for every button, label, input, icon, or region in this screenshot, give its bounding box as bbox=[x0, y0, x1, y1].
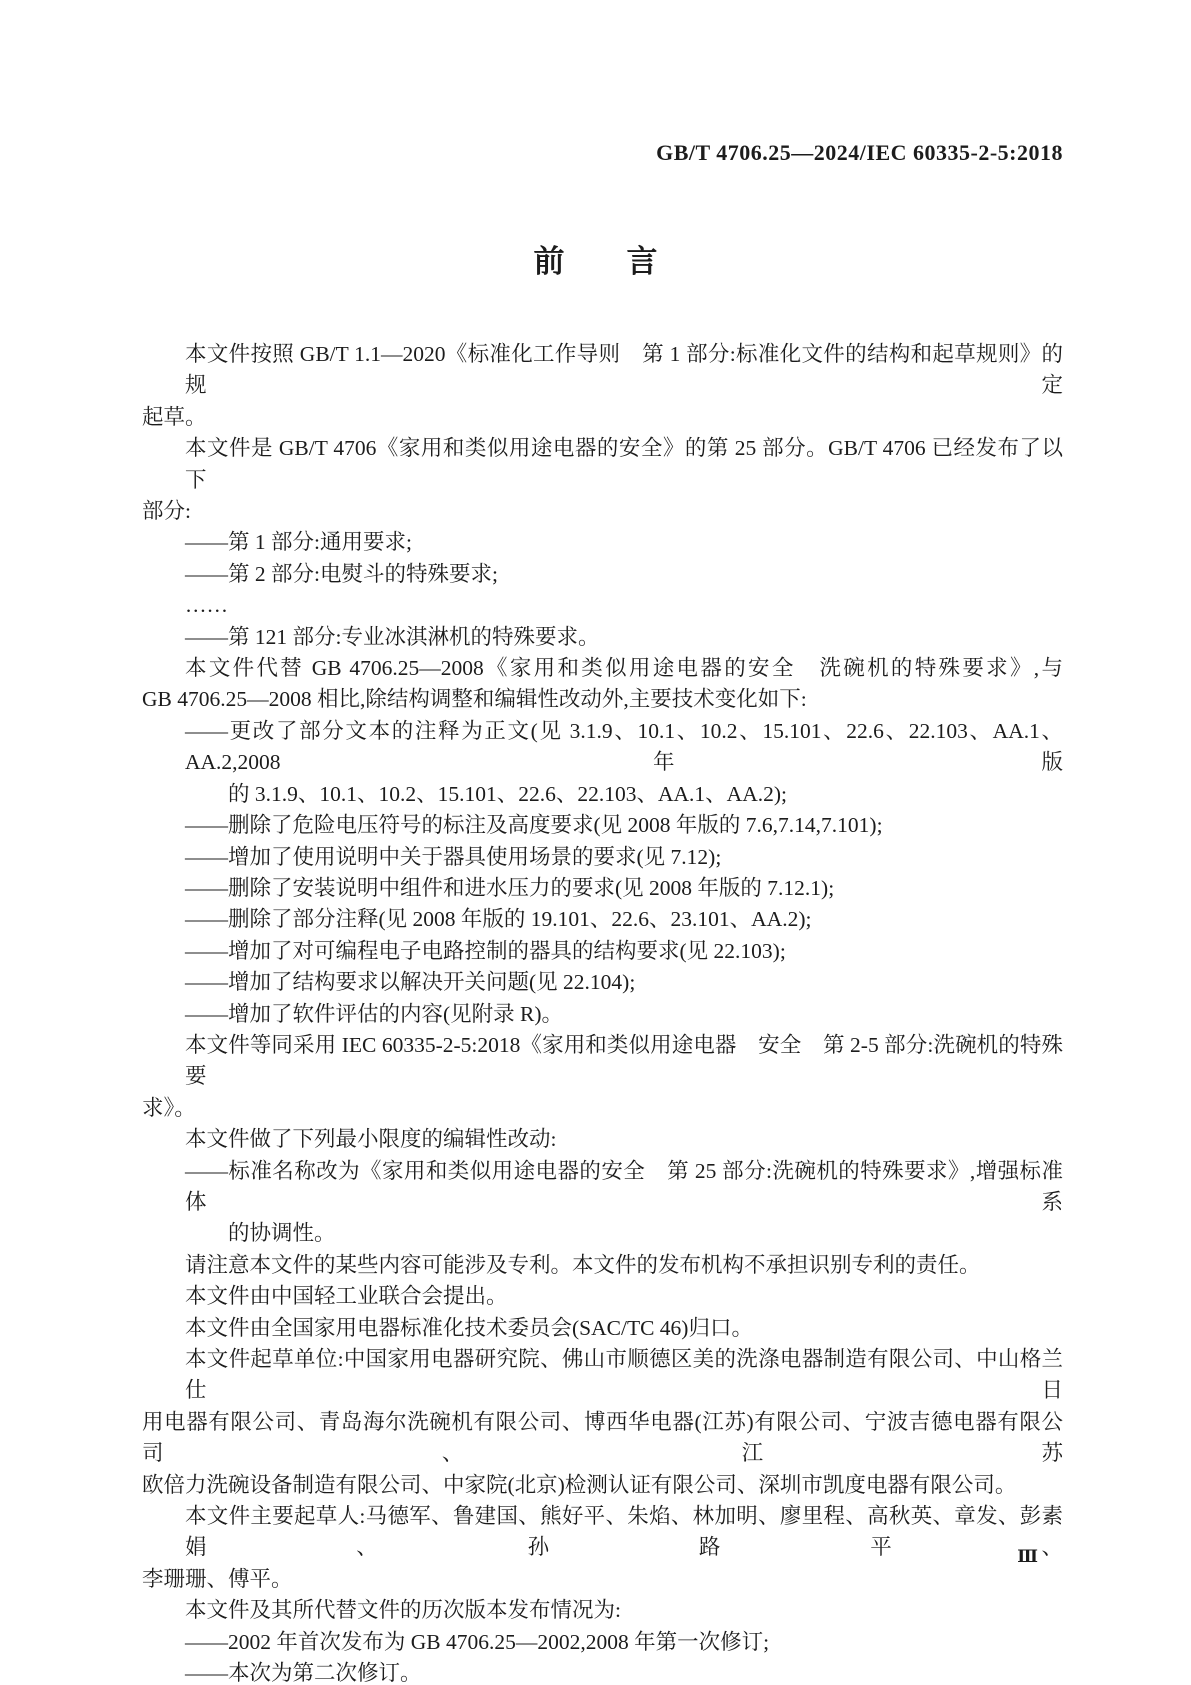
text-line: ——本次为第二次修订。 bbox=[142, 1658, 1063, 1685]
text-line: 求》。 bbox=[142, 1093, 1063, 1124]
text-line: 本文件起草单位:中国家用电器研究院、佛山市顺德区美的洗涤电器制造有限公司、中山格… bbox=[142, 1344, 1063, 1407]
text-line: ——增加了对可编程电子电路控制的器具的结构要求(见 22.103); bbox=[142, 936, 1063, 967]
text-line: ——标准名称改为《家用和类似用途电器的安全 第 25 部分:洗碗机的特殊要求》,… bbox=[142, 1156, 1063, 1219]
text-line: ——删除了部分注释(见 2008 年版的 19.101、22.6、23.101、… bbox=[142, 904, 1063, 935]
text-line: 起草。 bbox=[142, 402, 1063, 433]
text-line: 请注意本文件的某些内容可能涉及专利。本文件的发布机构不承担识别专利的责任。 bbox=[142, 1250, 1063, 1281]
text-line: ——第 1 部分:通用要求; bbox=[142, 527, 1063, 558]
text-line: 部分: bbox=[142, 496, 1063, 527]
text-line: 本文件及其所代替文件的历次版本发布情况为: bbox=[142, 1595, 1063, 1626]
text-line: 本文件是 GB/T 4706《家用和类似用途电器的安全》的第 25 部分。GB/… bbox=[142, 433, 1063, 496]
text-line: 本文件按照 GB/T 1.1—2020《标准化工作导则 第 1 部分:标准化文件… bbox=[142, 339, 1063, 402]
text-line: ——第 121 部分:专业冰淇淋机的特殊要求。 bbox=[142, 622, 1063, 653]
text-line: 本文件由全国家用电器标准化技术委员会(SAC/TC 46)归口。 bbox=[142, 1313, 1063, 1344]
document-page: GB/T 4706.25—2024/IEC 60335-2-5:2018 前 言… bbox=[0, 0, 1191, 1685]
document-code: GB/T 4706.25—2024/IEC 60335-2-5:2018 bbox=[142, 140, 1063, 166]
text-line: 本文件代替 GB 4706.25—2008《家用和类似用途电器的安全 洗碗机的特… bbox=[142, 653, 1063, 684]
text-line: 的协调性。 bbox=[142, 1218, 1063, 1249]
text-line: ——删除了危险电压符号的标注及高度要求(见 2008 年版的 7.6,7.14,… bbox=[142, 810, 1063, 841]
page-number: Ⅲ bbox=[142, 1547, 1038, 1567]
text-line: 的 3.1.9、10.1、10.2、15.101、22.6、22.103、AA.… bbox=[142, 779, 1063, 810]
foreword-title: 前 言 bbox=[0, 242, 1191, 282]
text-line: 用电器有限公司、青岛海尔洗碗机有限公司、博西华电器(江苏)有限公司、宁波吉德电器… bbox=[142, 1407, 1063, 1470]
text-line: ——增加了结构要求以解决开关问题(见 22.104); bbox=[142, 967, 1063, 998]
foreword-body: 本文件按照 GB/T 1.1—2020《标准化工作导则 第 1 部分:标准化文件… bbox=[142, 339, 1063, 1685]
text-line: 本文件由中国轻工业联合会提出。 bbox=[142, 1281, 1063, 1312]
text-line: 本文件做了下列最小限度的编辑性改动: bbox=[142, 1124, 1063, 1155]
text-line: 李珊珊、傅平。 bbox=[142, 1564, 1063, 1595]
text-line: 欧倍力洗碗设备制造有限公司、中家院(北京)检测认证有限公司、深圳市凯度电器有限公… bbox=[142, 1470, 1063, 1501]
text-line: ——删除了安装说明中组件和进水压力的要求(见 2008 年版的 7.12.1); bbox=[142, 873, 1063, 904]
text-line: ——增加了软件评估的内容(见附录 R)。 bbox=[142, 999, 1063, 1030]
text-line: ——更改了部分文本的注释为正文(见 3.1.9、10.1、10.2、15.101… bbox=[142, 716, 1063, 779]
text-line: ——第 2 部分:电熨斗的特殊要求; bbox=[142, 559, 1063, 590]
text-line: ——2002 年首次发布为 GB 4706.25—2002,2008 年第一次修… bbox=[142, 1627, 1063, 1658]
text-line: 本文件等同采用 IEC 60335-2-5:2018《家用和类似用途电器 安全 … bbox=[142, 1030, 1063, 1093]
text-line: ——增加了使用说明中关于器具使用场景的要求(见 7.12); bbox=[142, 842, 1063, 873]
text-line: GB 4706.25—2008 相比,除结构调整和编辑性改动外,主要技术变化如下… bbox=[142, 684, 1063, 715]
text-line: …… bbox=[142, 590, 1063, 621]
